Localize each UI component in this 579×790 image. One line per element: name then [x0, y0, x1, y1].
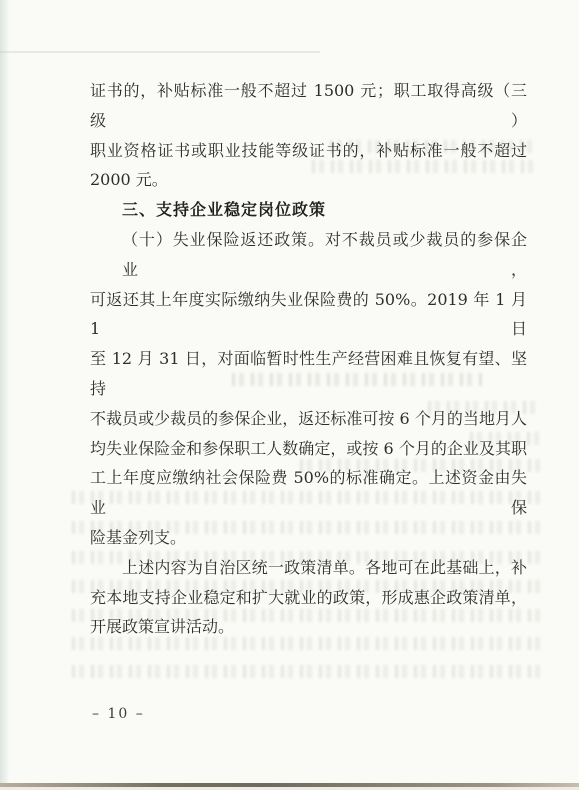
body-line: 职业资格证书或职业技能等级证书的，补贴标准一般不超过	[90, 136, 527, 166]
body-line: 证书的，补贴标准一般不超过 1500 元；职工取得高级（三级）	[90, 76, 527, 136]
body-line: 险基金列支。	[90, 523, 527, 553]
scan-line-artifact	[0, 51, 320, 53]
body-line: 工上年度应缴纳社会保险费 50%的标准确定。上述资金由失业保	[90, 463, 527, 523]
document-page: 证书的，补贴标准一般不超过 1500 元；职工取得高级（三级）职业资格证书或职业…	[0, 0, 579, 790]
body-line: 充本地支持企业稳定和扩大就业的政策，形成惠企政策清单，	[90, 583, 527, 613]
body-line: 均失业保险金和参保职工人数确定，或按 6 个月的企业及其职	[90, 434, 527, 464]
bleedthrough-artifact	[72, 665, 542, 678]
page-number: – 10 –	[92, 706, 145, 722]
body-line: 2000 元。	[90, 165, 527, 195]
body-line: 不裁员或少裁员的参保企业，返还标准可按 6 个月的当地月人	[90, 404, 527, 434]
body-line: 至 12 月 31 日，对面临暂时性生产经营困难且恢复有望、坚持	[90, 344, 527, 404]
scan-edge-left	[0, 0, 9, 790]
body-line: 上述内容为自治区统一政策清单。各地可在此基础上，补	[90, 553, 527, 583]
document-body: 证书的，补贴标准一般不超过 1500 元；职工取得高级（三级）职业资格证书或职业…	[90, 76, 527, 642]
section-heading: 三、支持企业稳定岗位政策	[90, 195, 527, 225]
body-line: （十）失业保险返还政策。对不裁员或少裁员的参保企业，	[90, 225, 527, 285]
body-line: 可返还其上年度实际缴纳失业保险费的 50%。2019 年 1 月 1 日	[90, 285, 527, 345]
body-line: 开展政策宣讲活动。	[90, 612, 527, 642]
